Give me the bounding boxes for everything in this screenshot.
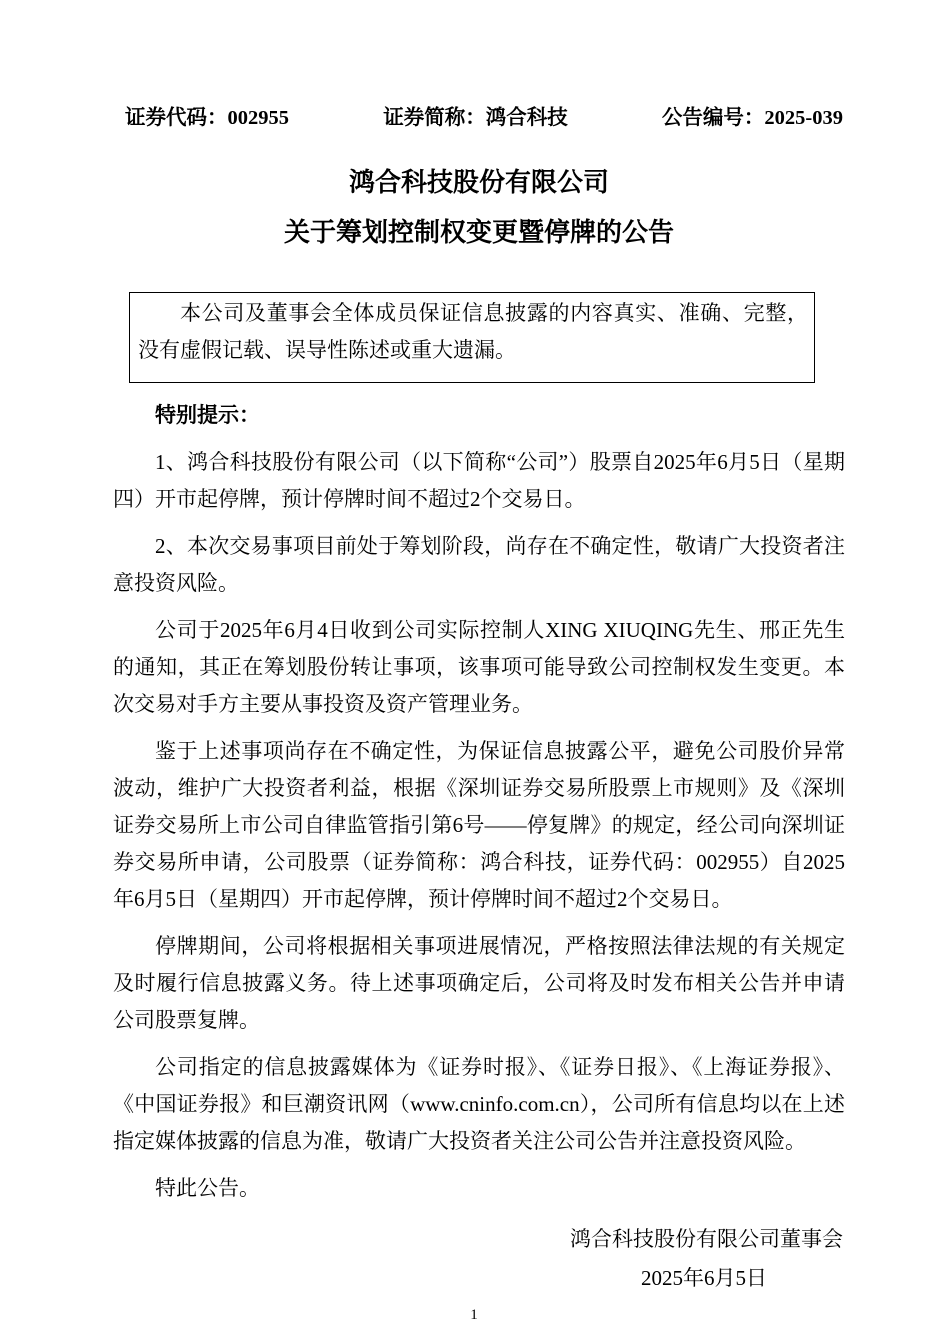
doc-header: 证券代码：002955 证券简称：鸿合科技 公告编号：2025-039 <box>113 100 845 130</box>
paragraph-uncertainty-warning: 2、本次交易事项目前处于筹划阶段，尚存在不确定性，敬请广大投资者注意投资风险。 <box>113 528 845 602</box>
disclaimer-box: 本公司及董事会全体成员保证信息披露的内容真实、准确、完整，没有虚假记载、误导性陈… <box>129 292 815 384</box>
disclaimer-text: 本公司及董事会全体成员保证信息披露的内容真实、准确、完整，没有虚假记载、误导性陈… <box>138 295 808 371</box>
special-notice-heading: 特别提示： <box>113 397 845 434</box>
paragraph-rules-basis: 鉴于上述事项尚存在不确定性，为保证信息披露公平，避免公司股价异常波动，维护广大投… <box>113 733 845 918</box>
paragraph-disclosure-obligation: 停牌期间，公司将根据相关事项进展情况，严格按照法律法规的有关规定及时履行信息披露… <box>113 928 845 1039</box>
signature-date: 2025年6月5日 <box>113 1260 845 1297</box>
announcement-title: 关于筹划控制权变更暨停牌的公告 <box>113 216 845 250</box>
closing-statement: 特此公告。 <box>113 1170 845 1207</box>
stock-name-label: 证券简称：鸿合科技 <box>383 100 568 130</box>
page-number: 1 <box>103 1305 845 1325</box>
signature-board: 鸿合科技股份有限公司董事会 <box>113 1221 845 1258</box>
announcement-number-label: 公告编号：2025-039 <box>662 100 843 130</box>
paragraph-controller-notice: 公司于2025年6月4日收到公司实际控制人XING XIUQING先生、邢正先生… <box>113 612 845 723</box>
paragraph-suspension-notice: 1、鸿合科技股份有限公司（以下简称“公司”）股票自2025年6月5日（星期四）开… <box>113 444 845 518</box>
paragraph-designated-media: 公司指定的信息披露媒体为《证券时报》、《证券日报》、《上海证券报》、《中国证券报… <box>113 1049 845 1160</box>
announcement-page: 证券代码：002955 证券简称：鸿合科技 公告编号：2025-039 鸿合科技… <box>0 0 941 1333</box>
company-name-title: 鸿合科技股份有限公司 <box>113 166 845 200</box>
stock-code-label: 证券代码：002955 <box>125 100 289 130</box>
